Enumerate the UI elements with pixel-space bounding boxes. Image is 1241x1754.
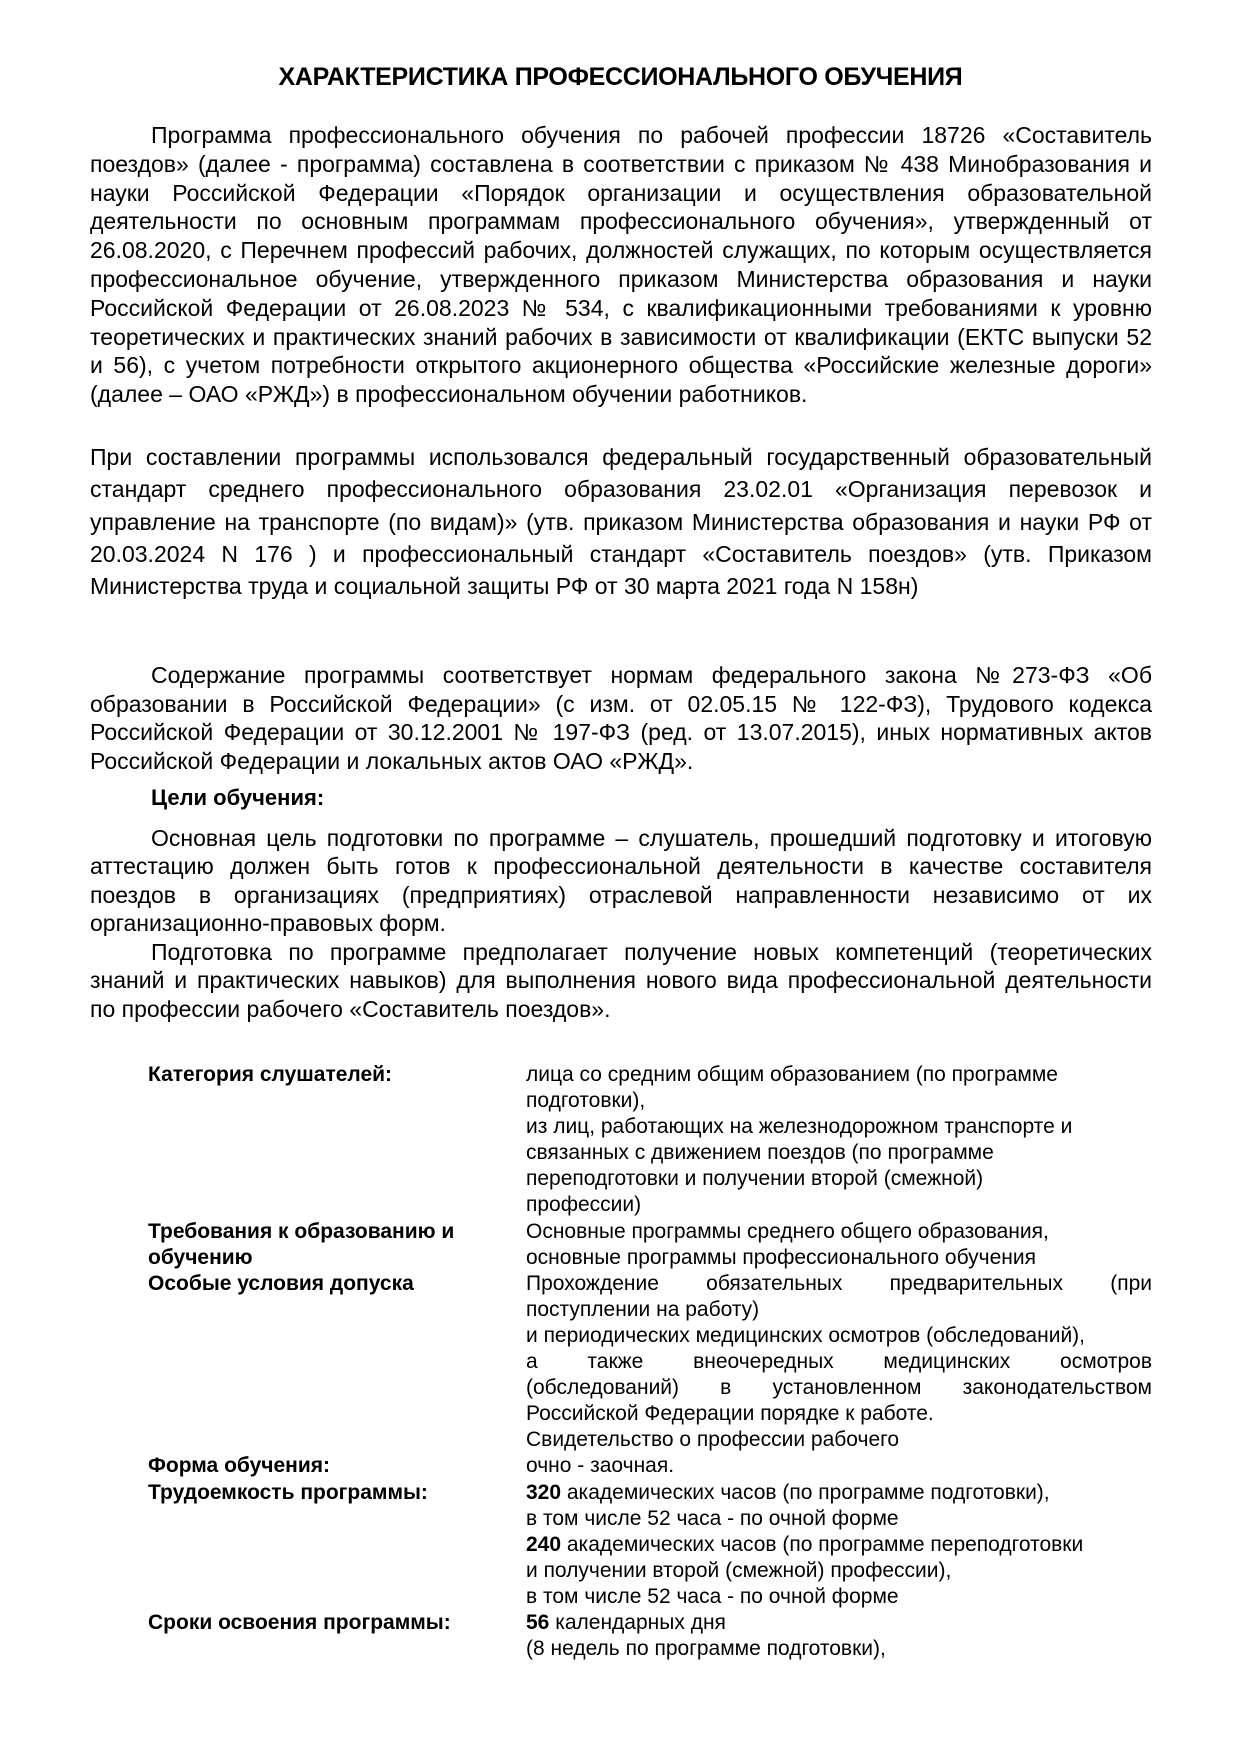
spec-row-admission: Особые условия допуска Прохождение обяза… bbox=[148, 1271, 1152, 1454]
spec-row-form: Форма обучения: очно - заочная. bbox=[148, 1453, 1152, 1479]
paragraph-goal-main-text: Основная цель подготовки по программе – … bbox=[90, 824, 1152, 937]
spec-label-education-requirements: Требования к образованию и обучению bbox=[148, 1219, 526, 1271]
spec-line: поступлении на работу) bbox=[526, 1297, 1152, 1323]
spec-value-workload: 320 академических часов (по программе по… bbox=[526, 1480, 1152, 1610]
spec-line: переподготовки и получении второй (смежн… bbox=[526, 1166, 1152, 1192]
spec-label-workload: Трудоемкость программы: bbox=[148, 1480, 526, 1610]
paragraph-goal-competencies-text: Подготовка по программе предполагает пол… bbox=[90, 938, 1152, 1023]
paragraph-goal-main: Основная цель подготовки по программе – … bbox=[90, 824, 1152, 937]
spec-label-duration: Сроки освоения программы: bbox=[148, 1610, 526, 1662]
spec-line: 56 календарных дня bbox=[526, 1610, 1152, 1636]
hours-training-number: 320 bbox=[526, 1481, 561, 1504]
spec-line: связанных с движением поездов (по програ… bbox=[526, 1140, 1152, 1166]
spec-line: (8 недель по программе подготовки), bbox=[526, 1636, 1152, 1662]
spec-value-education-requirements: Основные программы среднего общего образ… bbox=[526, 1219, 1152, 1271]
spec-line: Российской Федерации порядке к работе. bbox=[526, 1401, 1152, 1427]
spec-row-education-requirements: Требования к образованию и обучению Осно… bbox=[148, 1219, 1152, 1271]
duration-days-text: календарных дня bbox=[549, 1611, 726, 1634]
spec-row-duration: Сроки освоения программы: 56 календарных… bbox=[148, 1610, 1152, 1662]
paragraph-compliance: Содержание программы соответствует норма… bbox=[90, 661, 1152, 775]
paragraph-compliance-text: Содержание программы соответствует норма… bbox=[90, 661, 1152, 775]
hours-training-text: академических часов (по программе подгот… bbox=[561, 1481, 1050, 1504]
spec-row-category: Категория слушателей: лица со средним об… bbox=[148, 1062, 1152, 1219]
spec-line: из лиц, работающих на железнодорожном тр… bbox=[526, 1114, 1152, 1140]
program-specs-table: Категория слушателей: лица со средним об… bbox=[148, 1062, 1152, 1662]
hours-retraining-number: 240 bbox=[526, 1533, 561, 1556]
spec-line: Прохождение обязательных предварительных… bbox=[526, 1271, 1152, 1297]
goals-heading: Цели обучения: bbox=[151, 784, 324, 812]
spec-line: в том числе 52 часа - по очной форме bbox=[526, 1584, 1152, 1610]
spec-line: Свидетельство о профессии рабочего bbox=[526, 1427, 1152, 1453]
spec-line: 240 академических часов (по программе пе… bbox=[526, 1532, 1152, 1558]
spec-value-duration: 56 календарных дня (8 недель по программ… bbox=[526, 1610, 1152, 1662]
spec-line: Основные программы среднего общего образ… bbox=[526, 1219, 1152, 1245]
spec-row-workload: Трудоемкость программы: 320 академически… bbox=[148, 1480, 1152, 1610]
spec-line: 320 академических часов (по программе по… bbox=[526, 1480, 1152, 1506]
spec-label-admission: Особые условия допуска bbox=[148, 1271, 526, 1454]
spec-value-form: очно - заочная. bbox=[526, 1453, 1152, 1479]
spec-value-admission: Прохождение обязательных предварительных… bbox=[526, 1271, 1152, 1454]
spec-line: профессии) bbox=[526, 1192, 1152, 1218]
document-page: ХАРАКТЕРИСТИКА ПРОФЕССИОНАЛЬНОГО ОБУЧЕНИ… bbox=[0, 0, 1241, 1754]
duration-days-number: 56 bbox=[526, 1611, 549, 1634]
spec-line: (обследований) в установленном законодат… bbox=[526, 1375, 1152, 1401]
spec-line: в том числе 52 часа - по очной форме bbox=[526, 1506, 1152, 1532]
spec-line: и получении второй (смежной) профессии), bbox=[526, 1558, 1152, 1584]
paragraph-intro-text: Программа профессионального обучения по … bbox=[90, 121, 1152, 409]
spec-line: подготовки), bbox=[526, 1088, 1152, 1114]
spec-line: основные программы профессионального обу… bbox=[526, 1245, 1152, 1271]
spec-line: а также внеочередных медицинских осмотро… bbox=[526, 1349, 1152, 1375]
spec-value-category: лица со средним общим образованием (по п… bbox=[526, 1062, 1152, 1219]
spec-label-category: Категория слушателей: bbox=[148, 1062, 526, 1219]
spec-line: и периодических медицинских осмотров (об… bbox=[526, 1323, 1152, 1349]
spec-line: лица со средним общим образованием (по п… bbox=[526, 1062, 1152, 1088]
paragraph-intro: Программа профессионального обучения по … bbox=[90, 121, 1152, 409]
paragraph-standards-text: При составлении программы использовался … bbox=[90, 441, 1152, 602]
hours-retraining-text: академических часов (по программе перепо… bbox=[561, 1533, 1083, 1556]
paragraph-goal-competencies: Подготовка по программе предполагает пол… bbox=[90, 938, 1152, 1023]
paragraph-standards: При составлении программы использовался … bbox=[90, 441, 1152, 602]
document-title: ХАРАКТЕРИСТИКА ПРОФЕССИОНАЛЬНОГО ОБУЧЕНИ… bbox=[0, 62, 1241, 92]
spec-label-form: Форма обучения: bbox=[148, 1453, 526, 1479]
